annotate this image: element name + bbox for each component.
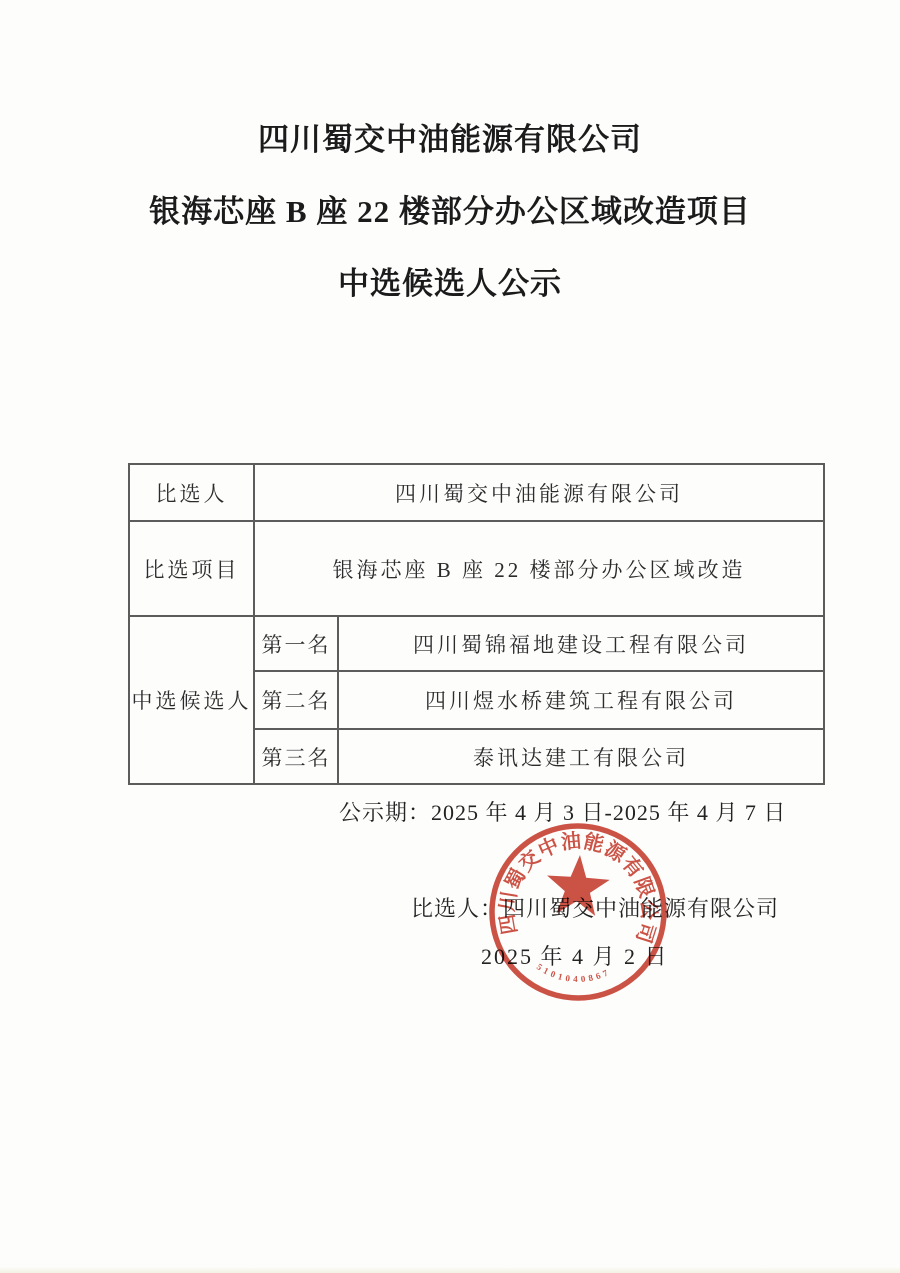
- signer-line: 比选人：四川蜀交中油能源有限公司: [411, 892, 779, 923]
- candidate-rank-3: 第三名: [254, 729, 338, 784]
- table-row-candidate-first: 中选候选人 第一名 四川蜀锦福地建设工程有限公司: [129, 616, 824, 671]
- selector-value: 四川蜀交中油能源有限公司: [254, 464, 824, 521]
- candidate-rank-1: 第一名: [254, 616, 338, 671]
- document-title: 四川蜀交中油能源有限公司 银海芯座 B 座 22 楼部分办公区域改造项目 中选候…: [0, 104, 900, 320]
- document-page: 四川蜀交中油能源有限公司 银海芯座 B 座 22 楼部分办公区域改造项目 中选候…: [0, 0, 900, 1273]
- title-line-company: 四川蜀交中油能源有限公司: [0, 104, 900, 176]
- project-value: 银海芯座 B 座 22 楼部分办公区域改造: [254, 521, 824, 616]
- table-row-selector: 比选人 四川蜀交中油能源有限公司: [129, 464, 824, 521]
- title-line-project: 银海芯座 B 座 22 楼部分办公区域改造项目: [0, 176, 900, 248]
- table-row-project: 比选项目 银海芯座 B 座 22 楼部分办公区域改造: [129, 521, 824, 616]
- candidate-company-2: 四川煜水桥建筑工程有限公司: [338, 671, 824, 729]
- publicity-period-line: 公示期：2025 年 4 月 3 日-2025 年 4 月 7 日: [339, 796, 786, 827]
- candidate-rank-2: 第二名: [254, 671, 338, 729]
- candidate-company-1: 四川蜀锦福地建设工程有限公司: [338, 616, 824, 671]
- selection-result-table: 比选人 四川蜀交中油能源有限公司 比选项目 银海芯座 B 座 22 楼部分办公区…: [128, 463, 825, 785]
- candidate-company-3: 泰讯达建工有限公司: [338, 729, 824, 784]
- candidates-label: 中选候选人: [129, 616, 254, 784]
- signature-date: 2025 年 4 月 2 日: [481, 940, 669, 971]
- title-line-announcement: 中选候选人公示: [0, 248, 900, 320]
- selector-label: 比选人: [129, 464, 254, 521]
- project-label: 比选项目: [129, 521, 254, 616]
- seal-company-arc-text: 四川蜀交中油能源有限公司: [494, 823, 667, 947]
